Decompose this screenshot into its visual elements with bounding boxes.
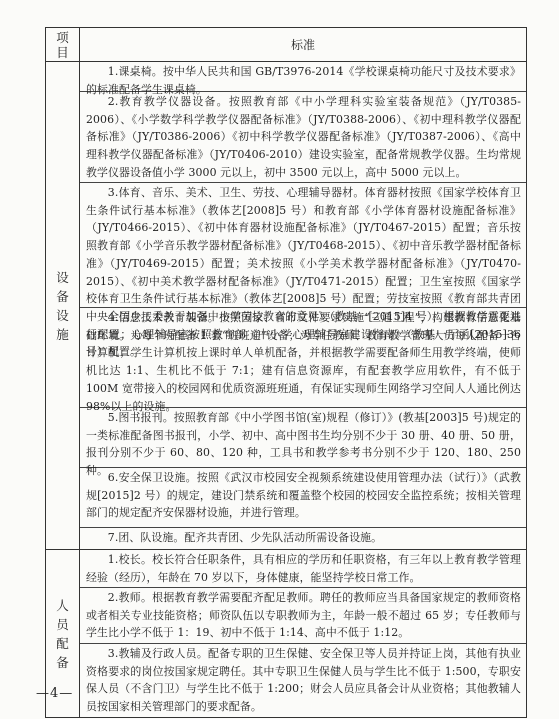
row-text: 6.安全保卫设施。按照《武汉市校园安全视频系统建设使用管理办法（试行）》（武教规… (86, 469, 521, 522)
row-text: 3.教辅及行政人员。配备专职的卫生保健、安全保卫等人员并持证上岗，其他有执业资格… (86, 645, 521, 716)
row-text: 2.教育教学仪器设备。按照教育部《中小学理科实验室装备规范》（JY/T0385-… (86, 93, 521, 182)
section-label-char: 备 (56, 653, 69, 672)
header-standard-label: 标准 (291, 36, 315, 53)
row-text: 4.信息技术教育装备。按照国家、省市文件要求实施“三通工程”，构建教育信息化基础… (86, 309, 521, 415)
table-row: 2.教师。根据教育教学需要配齐配足教师。聘任的教师应当具备国家规定的教师资格或者… (80, 588, 526, 644)
section-label-char: 人 (56, 596, 69, 615)
table-row: 5.图书报刊。按照教育部《中小学图书馆(室)规程（修订）》(教基[2003]5 … (80, 408, 526, 468)
section-label: 设 备 设 施 (46, 62, 80, 549)
table-row: 4.信息技术教育装备。按照国家、省市文件要求实施“三通工程”，构建教育信息化基础… (80, 308, 526, 408)
header-standard-cell: 标准 (80, 28, 526, 61)
row-text: 7.团、队设施。配齐共青团、少先队活动所需设备设施。 (86, 529, 521, 547)
table-row: 1.校长。校长符合任职条件，具有相应的学历和任职资格，有三年以上教育教学管理经验… (80, 550, 526, 588)
section-label-char: 施 (56, 325, 69, 344)
section-label-char: 设 (56, 306, 69, 325)
table-row: 7.团、队设施。配齐共青团、少先队活动所需设备设施。 (80, 528, 526, 549)
table-header: 项 目 标准 (46, 28, 526, 62)
header-item-char: 目 (56, 45, 69, 60)
section-label-char: 员 (56, 615, 69, 634)
page-number: —4— (36, 686, 73, 701)
section-rows: 1.课桌椅。按中华人民共和国 GB/T3976-2014《学校课桌椅功能尺寸及技… (80, 62, 526, 549)
section-equipment-facilities: 设 备 设 施 1.课桌椅。按中华人民共和国 GB/T3976-2014《学校课… (46, 62, 526, 550)
table-row: 3.体育、音乐、美术、卫生、劳技、心理辅导器材。体育器材按照《国家学校体育卫生条… (80, 183, 526, 308)
table-row: 1.课桌椅。按中华人民共和国 GB/T3976-2014《学校课桌椅功能尺寸及技… (80, 62, 526, 92)
table-row: 3.教辅及行政人员。配备专职的卫生保健、安全保卫等人员并持证上岗，其他有执业资格… (80, 644, 526, 717)
table-row: 6.安全保卫设施。按照《武汉市校园安全视频系统建设使用管理办法（试行）》（武教规… (80, 468, 526, 528)
section-label-char: 配 (56, 634, 69, 653)
section-staffing: 人 员 配 备 1.校长。校长符合任职条件，具有相应的学历和任职资格，有三年以上… (46, 550, 526, 717)
row-text: 2.教师。根据教育教学需要配齐配足教师。聘任的教师应当具备国家规定的教师资格或者… (86, 589, 521, 642)
standards-table: 项 目 标准 设 备 设 施 1.课桌椅。按中华人民共和国 GB/T3976-2… (45, 27, 527, 718)
section-label-char: 设 (56, 268, 69, 287)
row-text: 1.校长。校长符合任职条件，具有相应的学历和任职资格，有三年以上教育教学管理经验… (86, 551, 521, 586)
header-item-cell: 项 目 (46, 28, 80, 61)
table-row: 2.教育教学仪器设备。按照教育部《中小学理科实验室装备规范》（JY/T0385-… (80, 92, 526, 183)
section-label-char: 备 (56, 287, 69, 306)
section-rows: 1.校长。校长符合任职条件，具有相应的学历和任职资格，有三年以上教育教学管理经验… (80, 550, 526, 717)
header-item-char: 项 (56, 30, 69, 45)
